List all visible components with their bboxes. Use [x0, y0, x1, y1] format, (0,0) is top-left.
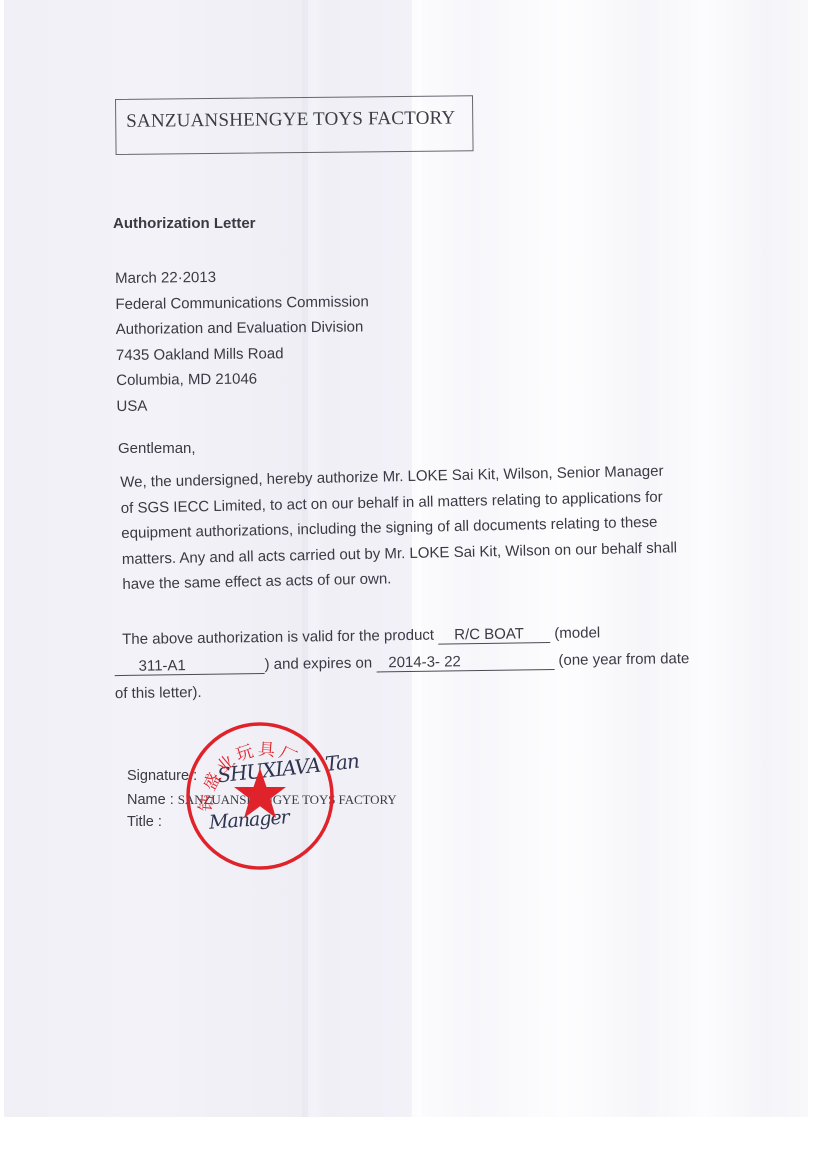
authorization-paragraph: We, the undersigned, hereby authorize Mr…: [120, 457, 743, 598]
letter-date: March 22·2013: [115, 263, 369, 291]
letterhead-company: SANZUANSHENGYE TOYS FACTORY: [126, 107, 455, 132]
signature-label: Signature :: [127, 768, 197, 784]
validity-prefix: The above authorization is valid for the…: [122, 627, 434, 648]
address-line: Authorization and Evaluation Division: [116, 314, 370, 342]
handwritten-title: Manager: [208, 806, 289, 835]
expiry-date-field: 2014-3- 22: [376, 653, 554, 672]
model-field: 311-A1: [114, 657, 264, 676]
address-line: USA: [116, 391, 370, 419]
title-label: Title :: [127, 814, 162, 830]
name-label: Name :: [127, 792, 174, 808]
document-title: Authorization Letter: [113, 215, 256, 232]
recipient-address: March 22·2013 Federal Communications Com…: [115, 263, 370, 419]
address-line: 7435 Oakland Mills Road: [116, 340, 370, 368]
address-line: Federal Communications Commission: [115, 289, 369, 317]
name-value: SANZUANSHENGYE TOYS FACTORY: [178, 792, 397, 807]
validity-suffix: (one year from date: [558, 650, 689, 669]
expires-label: ) and expires on: [264, 655, 372, 674]
salutation: Gentleman,: [118, 440, 196, 457]
signature-block: Signature : SHUXIAVA Tan Name : SANZUANS…: [127, 765, 397, 834]
validity-paragraph: The above authorization is valid for the…: [122, 617, 743, 707]
address-line: Columbia, MD 21046: [116, 365, 370, 393]
product-field: R/C BOAT: [438, 626, 550, 645]
model-label: (model: [554, 624, 600, 642]
letterhead-box: SANZUANSHENGYE TOYS FACTORY: [115, 95, 474, 155]
